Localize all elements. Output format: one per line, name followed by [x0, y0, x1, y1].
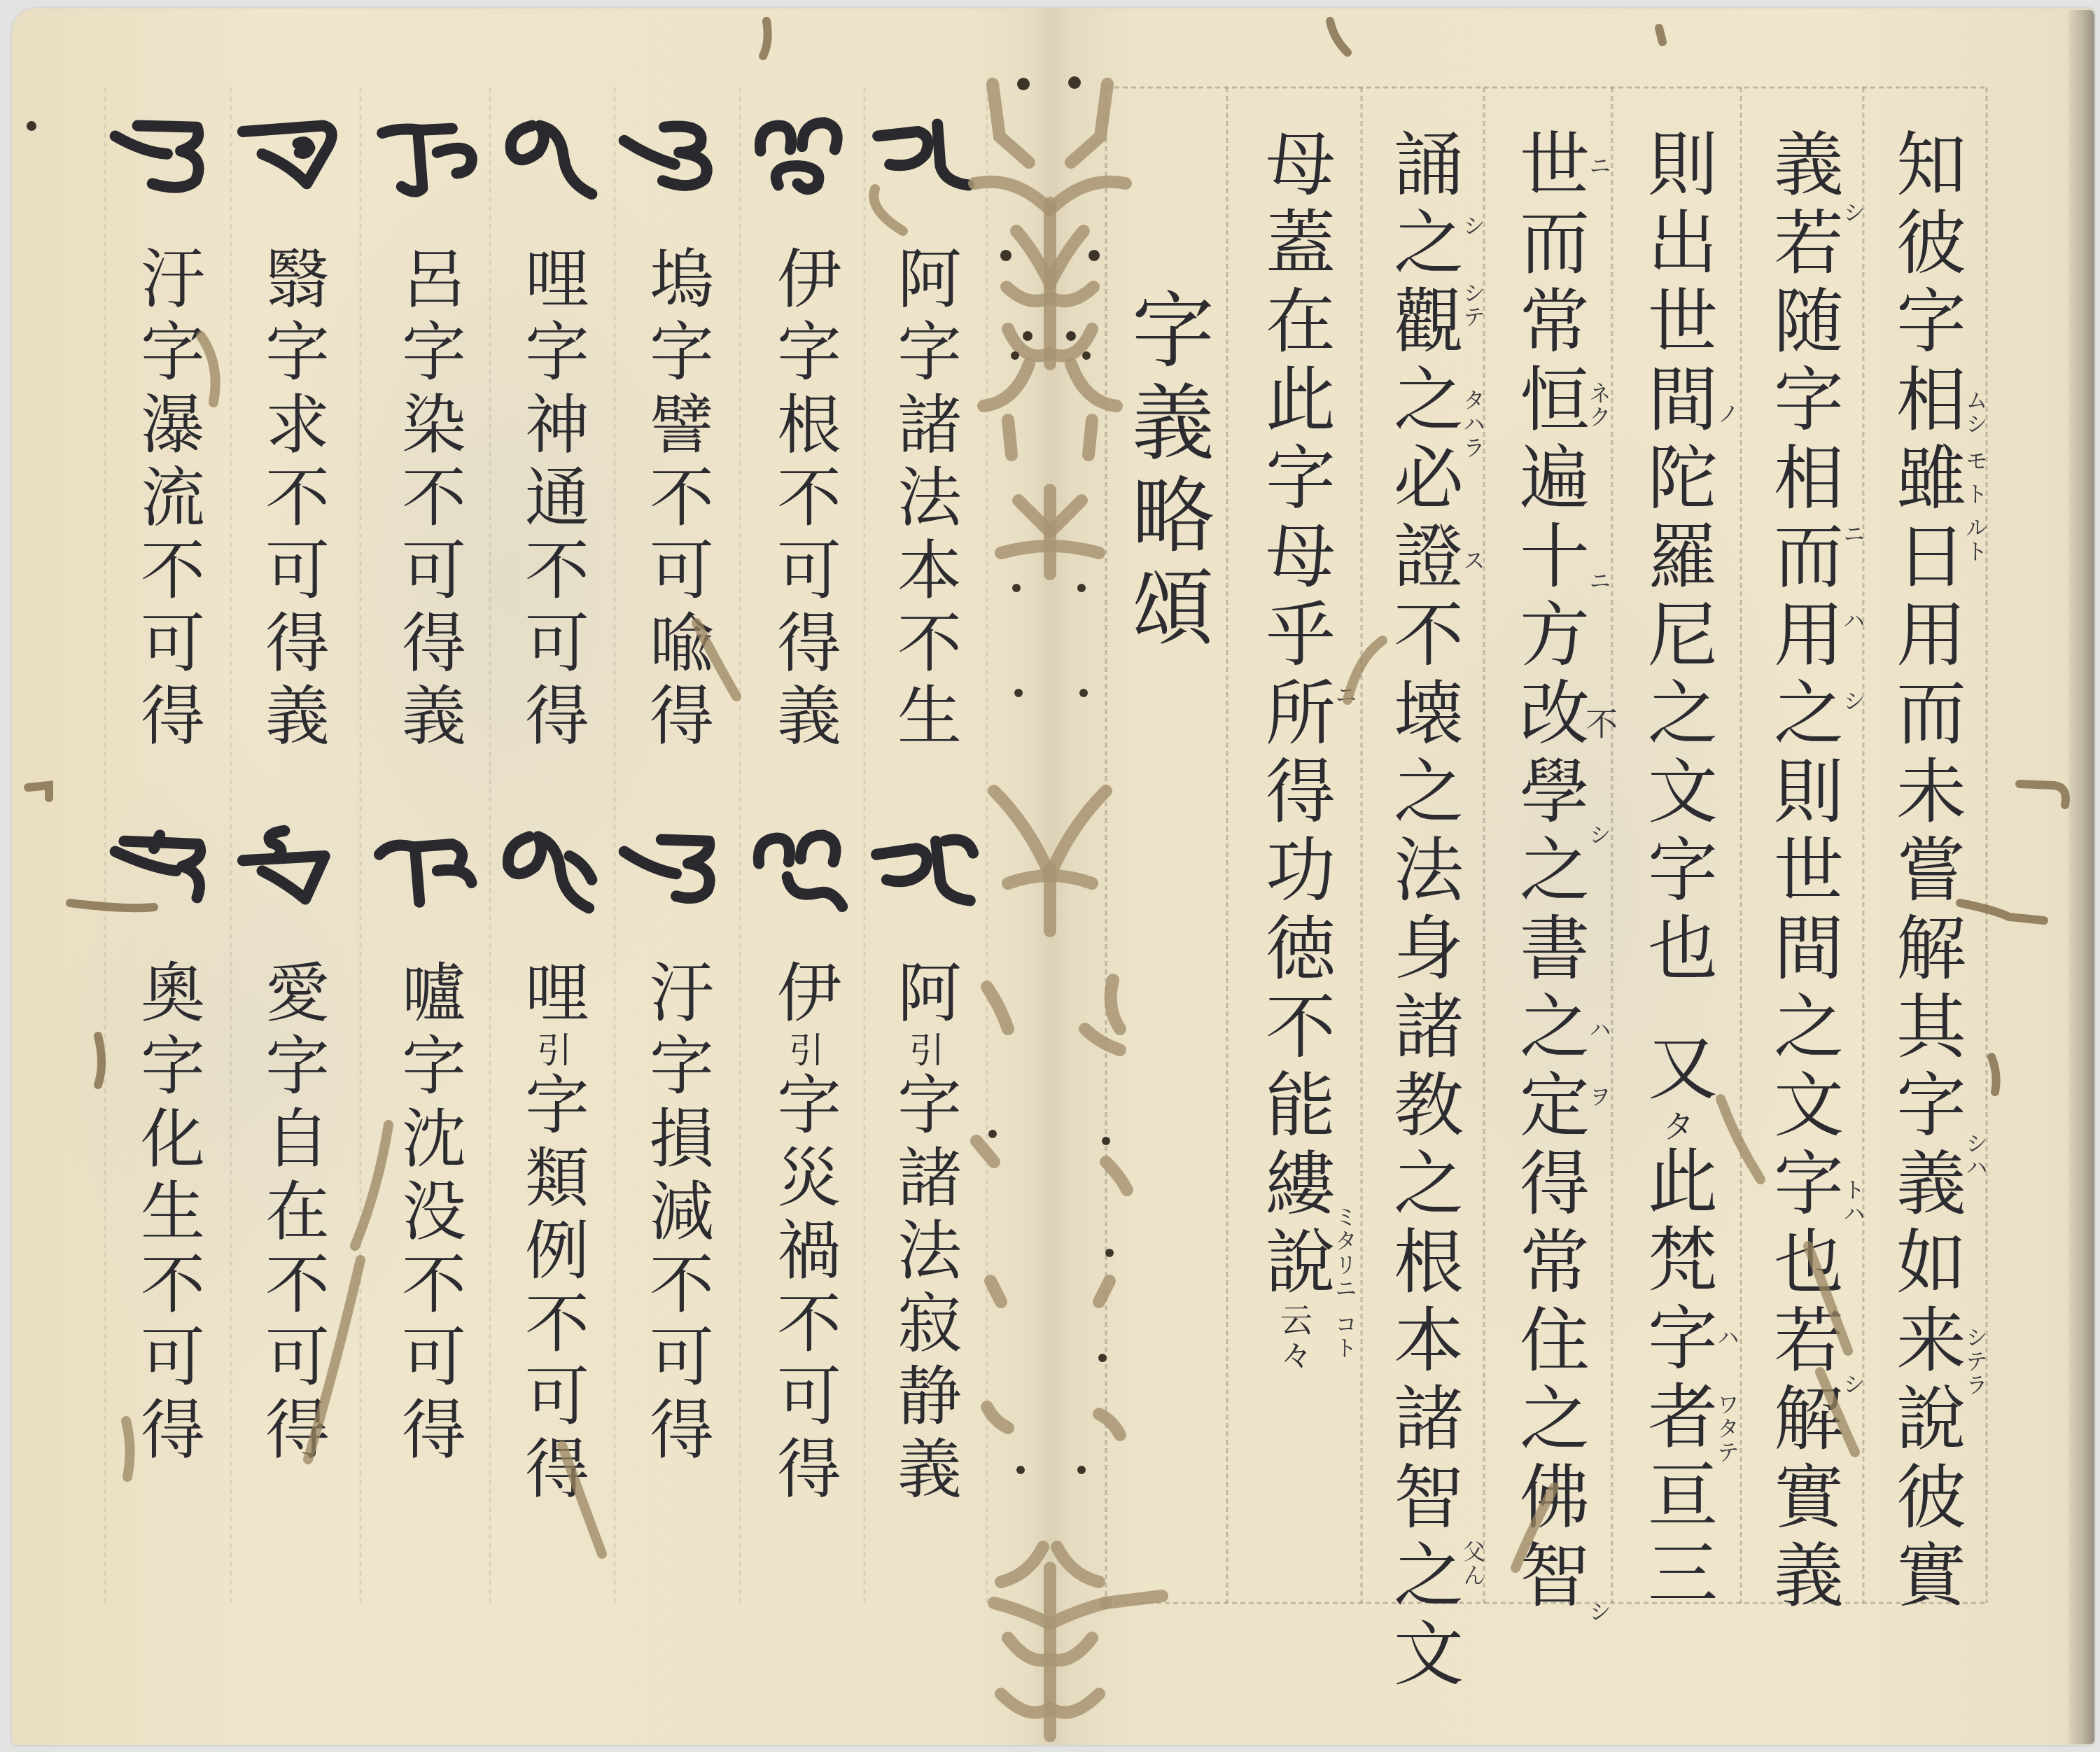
kana-annotation: シ — [1588, 823, 1610, 847]
kana-annotation: ニ — [1842, 522, 1864, 546]
kana-annotation: ハ — [1588, 1018, 1610, 1042]
inserted-character: 不 — [1583, 707, 1616, 741]
gloss-mark: 引 — [904, 1032, 944, 1071]
text-column-3: 則出世間陀羅尼之文字也 — [1641, 127, 1711, 990]
gloss-head: 奧 — [130, 959, 205, 1032]
kana-annotation: シ — [1842, 1373, 1864, 1396]
kana-annotation: シハ — [1964, 1132, 1987, 1179]
gloss-text: 呂字染不可得義 — [396, 245, 461, 755]
siddham-entry-o: 汙字瀑流不可得 — [108, 111, 227, 755]
closing-mark: 云々 — [1275, 1303, 1313, 1373]
page-edge — [2068, 10, 2094, 1744]
siddham-i-glyph-icon — [744, 111, 863, 200]
gloss-head: 阿 — [887, 959, 962, 1032]
center-fold — [1029, 8, 1071, 1745]
gloss-text: 愛字自在不可得 — [260, 959, 324, 1469]
text-column-2: 義若随字相而用之則世間之文字也若解實義 — [1767, 127, 1837, 1617]
kana-annotation: コト — [1333, 1312, 1356, 1360]
kana-annotation: ハ — [1716, 1326, 1738, 1350]
kana-annotation: モ — [1964, 449, 1987, 472]
gloss-body: 字類例不可得 — [514, 1071, 589, 1508]
gloss-head: 伊 — [766, 245, 841, 318]
gloss-head: 阿 — [887, 245, 962, 318]
kana-annotation: ネク — [1588, 381, 1610, 429]
siddham-e-glyph-icon — [232, 111, 351, 200]
kana-annotation: ニ — [1333, 683, 1356, 707]
kana-annotation: ノ — [1716, 402, 1738, 426]
siddham-l-glyph-icon — [369, 111, 488, 200]
gloss-head: 伊 — [766, 959, 841, 1032]
siddham-uu-glyph-icon — [617, 825, 736, 914]
column-text: 母蓋在此字母乎所得功徳不能縷說 — [1254, 127, 1336, 1303]
okurigana-mark: タ — [1658, 1109, 1695, 1144]
kana-annotation: シ — [1842, 201, 1864, 225]
kana-annotation: ワタテ — [1716, 1393, 1738, 1464]
gloss-text: 阿引字諸法寂静義 — [892, 959, 956, 1508]
gloss-head: 哩 — [514, 959, 589, 1032]
kana-annotation: ニ — [1588, 154, 1610, 178]
text-column-3-continuation: 又タ此梵字者亘三 — [1641, 1031, 1711, 1615]
gloss-head: 嚧 — [391, 959, 466, 1032]
column-text: 此梵字者亘三 — [1636, 1144, 1718, 1615]
gloss-body: 字諸法寂静義 — [887, 1071, 962, 1508]
kana-annotation: シテラ — [1964, 1326, 1987, 1397]
kana-annotation: ハ — [1842, 609, 1864, 633]
correction-annotation: 父ん — [1462, 1540, 1484, 1588]
kana-annotation: ト — [1964, 482, 1987, 506]
siddham-entry-ai: 愛字自在不可得 — [232, 825, 351, 1469]
text-column-1: 知彼字相雖日用而未嘗解其字義如来說彼實 — [1890, 127, 1960, 1617]
gloss-head: 汙 — [130, 245, 205, 318]
siddham-entry-e: 翳字求不可得義 — [232, 111, 351, 755]
gloss-mark: 引 — [783, 1032, 824, 1071]
siddham-entry-u: 塢字譬不可喩得 — [617, 111, 736, 755]
kana-annotation: トハ — [1842, 1178, 1864, 1226]
siddham-entry-ii: 伊引字災禍不可得 — [744, 825, 863, 1508]
siddham-entry-l: 呂字染不可得義 — [369, 111, 488, 755]
section-title: 字義略頌 — [1125, 287, 1207, 657]
gloss-text: 塢字譬不可喩得 — [644, 245, 708, 755]
gloss-text: 伊字根不可得義 — [771, 245, 836, 755]
kana-annotation: シ — [1842, 689, 1864, 713]
gloss-text: 翳字求不可得義 — [260, 245, 324, 755]
siddham-entry-uu: 汙字損減不可得 — [617, 825, 736, 1469]
gloss-text: 汙字損減不可得 — [644, 959, 708, 1469]
kana-annotation: ルト — [1964, 516, 1987, 563]
kana-annotation: シテ — [1462, 281, 1484, 329]
gloss-head: 汙 — [639, 959, 714, 1032]
gloss-body: 字根不可得義 — [766, 318, 841, 755]
kana-annotation: シ — [1588, 1600, 1610, 1624]
gloss-body: 字求不可得義 — [255, 318, 330, 755]
gloss-head: 哩 — [514, 245, 589, 318]
kana-annotation: ヲ — [1588, 1085, 1610, 1109]
gloss-head: 塢 — [639, 245, 714, 318]
siddham-r-glyph-icon — [492, 111, 611, 200]
kana-annotation: ミタリニ — [1333, 1205, 1356, 1301]
siddham-rr-glyph-icon — [492, 825, 611, 914]
gloss-body: 字諸法本不生 — [887, 318, 962, 755]
siddham-u-glyph-icon — [617, 111, 736, 200]
gloss-body: 字災禍不可得 — [766, 1071, 841, 1508]
gloss-text: 汙字瀑流不可得 — [135, 245, 199, 755]
siddham-entry-r: 哩字神通不可得 — [492, 111, 611, 755]
siddham-o-glyph-icon — [108, 111, 227, 200]
siddham-aa-glyph-icon — [864, 825, 983, 914]
gloss-text: 伊引字災禍不可得 — [771, 959, 836, 1508]
text-column-6: 母蓋在此字母乎所得功徳不能縷說云々 — [1259, 127, 1329, 1373]
kana-annotation: タハラ — [1462, 388, 1484, 460]
siddham-ai-glyph-icon — [232, 825, 351, 914]
siddham-a-glyph-icon — [864, 111, 983, 200]
kana-annotation: ニ — [1588, 569, 1610, 593]
text-column-5: 誦之觀之必證不壊之法身諸教之根本諸智之文 — [1387, 127, 1457, 1695]
gloss-text: 阿字諸法本不生 — [892, 245, 956, 755]
gloss-text: 奧字化生不可得 — [135, 959, 199, 1469]
gloss-text: 嚧字沈没不可得 — [396, 959, 461, 1469]
gloss-body: 字自在不可得 — [255, 1032, 330, 1469]
gloss-text: 哩引字類例不可得 — [519, 959, 584, 1508]
gloss-body: 字沈没不可得 — [391, 1032, 466, 1469]
siddham-entry-aa: 阿引字諸法寂静義 — [864, 825, 983, 1508]
gloss-text: 哩字神通不可得 — [519, 245, 584, 755]
gloss-body: 字瀑流不可得 — [130, 318, 205, 755]
text-column-4: 世而常恒遍十方改學之書之定得常住之佛智 — [1513, 127, 1583, 1617]
siddham-entry-i: 伊字根不可得義 — [744, 111, 863, 755]
kana-annotation: シ — [1462, 214, 1484, 238]
gloss-mark: 引 — [531, 1032, 572, 1071]
siddham-ii-glyph-icon — [744, 825, 863, 914]
siddham-ll-glyph-icon — [369, 825, 488, 914]
gloss-head: 愛 — [255, 959, 330, 1032]
gloss-body: 字染不可得義 — [391, 318, 466, 755]
siddham-entry-a: 阿字諸法本不生 — [864, 111, 983, 755]
siddham-entry-au: 奧字化生不可得 — [108, 825, 227, 1469]
siddham-entry-rr: 哩引字類例不可得 — [492, 825, 611, 1508]
siddham-au-glyph-icon — [108, 825, 227, 914]
gloss-head: 翳 — [255, 245, 330, 318]
gloss-body: 字譬不可喩得 — [639, 318, 714, 755]
gloss-body: 字化生不可得 — [130, 1032, 205, 1469]
siddham-entry-ll: 嚧字沈没不可得 — [369, 825, 488, 1469]
column-text: 又 — [1636, 1031, 1718, 1109]
gloss-body: 字損減不可得 — [639, 1032, 714, 1469]
kana-annotation: ムシ — [1964, 388, 1987, 436]
gloss-head: 呂 — [391, 245, 466, 318]
gloss-body: 字神通不可得 — [514, 318, 589, 755]
kana-annotation: ス — [1462, 549, 1484, 573]
